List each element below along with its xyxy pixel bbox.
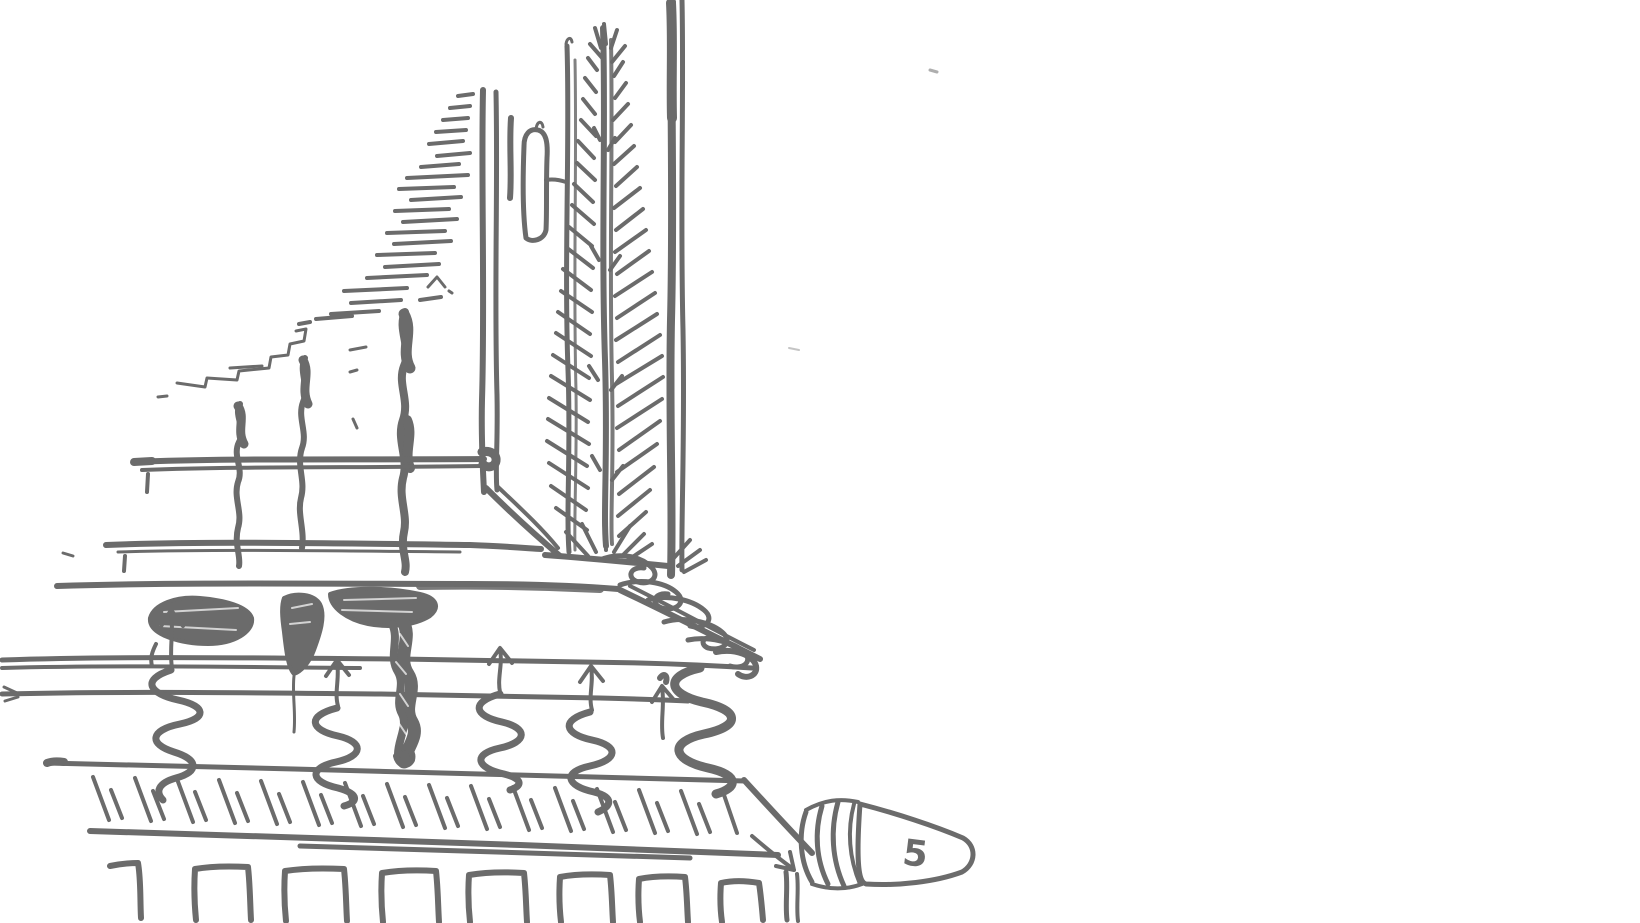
sill-back-edge <box>420 586 600 589</box>
right-frame-stroke <box>682 0 684 570</box>
valve-pipe <box>797 874 798 921</box>
handle-stem <box>510 118 511 198</box>
drip-streak <box>404 314 410 368</box>
right-frame-stroke <box>671 3 672 118</box>
glazing-bar <box>118 550 460 552</box>
valve-label-group: 5 <box>900 832 930 876</box>
glazing-bar-end <box>134 461 152 462</box>
radiator-window-sketch: 5 <box>0 0 1640 923</box>
sketch-canvas: 5 <box>0 0 1640 923</box>
stray-speck <box>930 70 937 72</box>
glazing-bar <box>134 459 484 462</box>
tree-trunk <box>611 40 613 544</box>
left-frame-stroke <box>496 92 497 490</box>
mullion-stroke <box>575 60 576 550</box>
drip-streak <box>303 360 308 404</box>
left-frame-stroke <box>482 90 484 492</box>
valve-pipe <box>786 872 787 920</box>
valve-setting-label: 5 <box>900 832 930 876</box>
pool-tail <box>293 676 294 732</box>
drip-streak <box>238 406 244 444</box>
handle-tick <box>546 180 566 182</box>
tree-trunk <box>603 28 606 546</box>
